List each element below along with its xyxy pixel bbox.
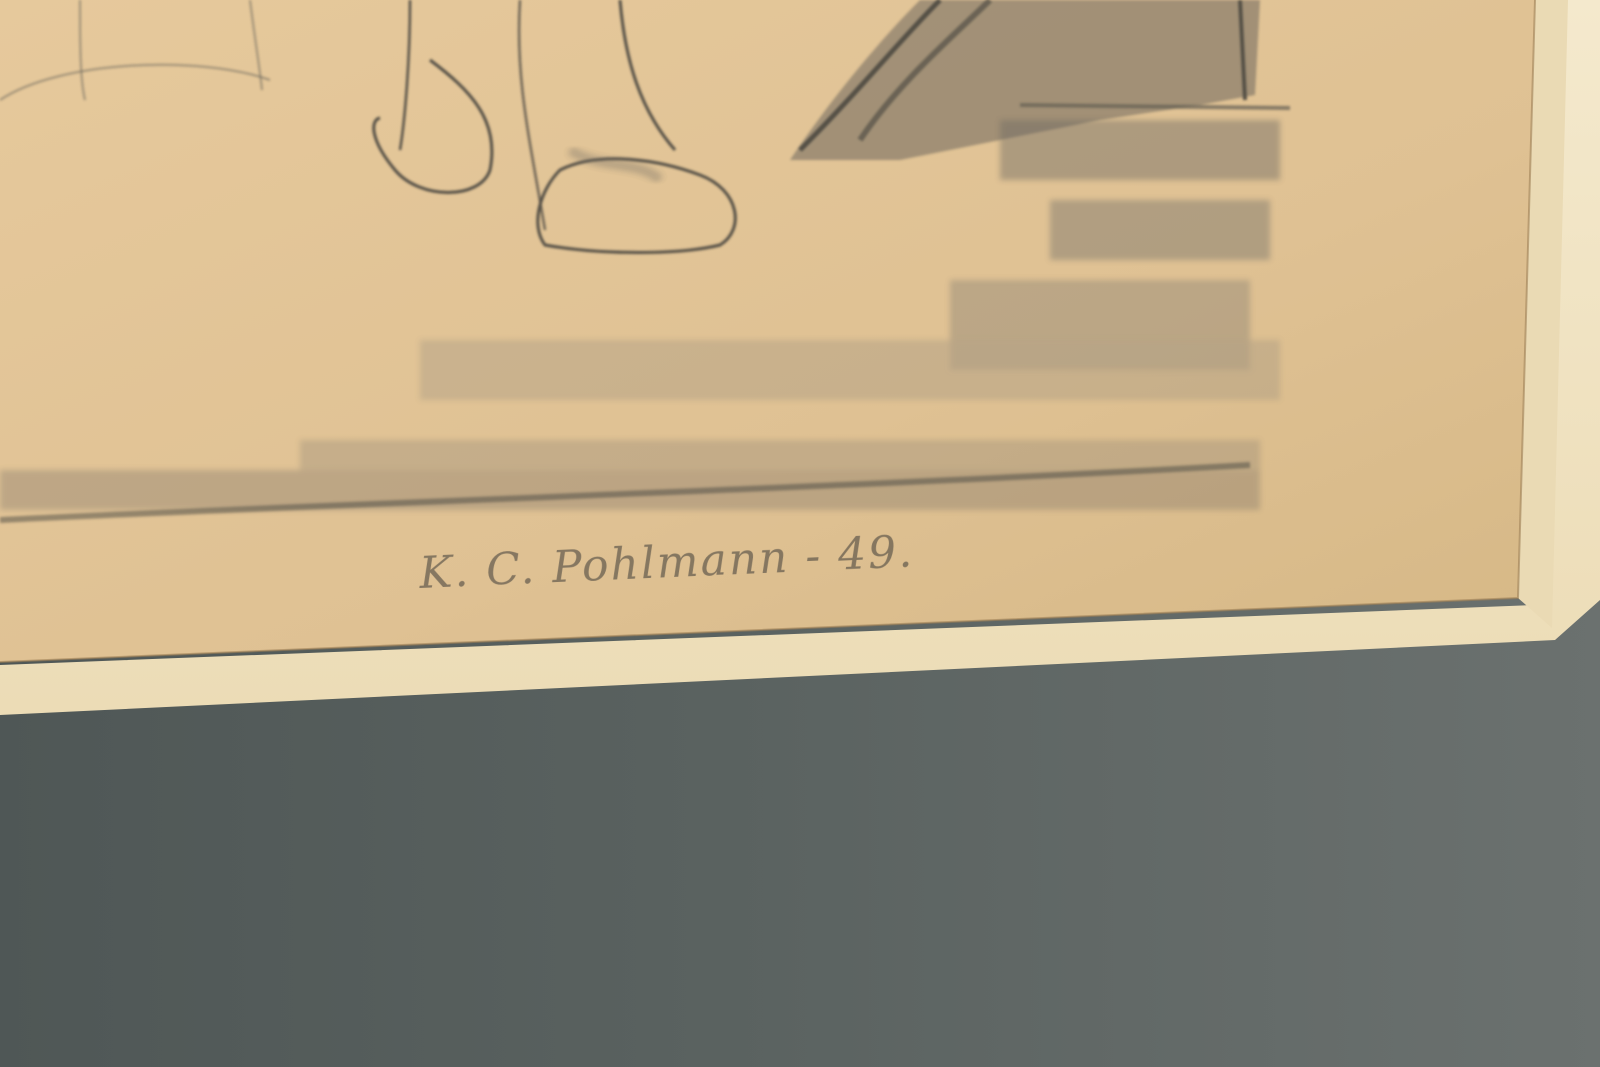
- framed-drawing-photo: K. C. Pohlmann - 49.: [0, 0, 1600, 1067]
